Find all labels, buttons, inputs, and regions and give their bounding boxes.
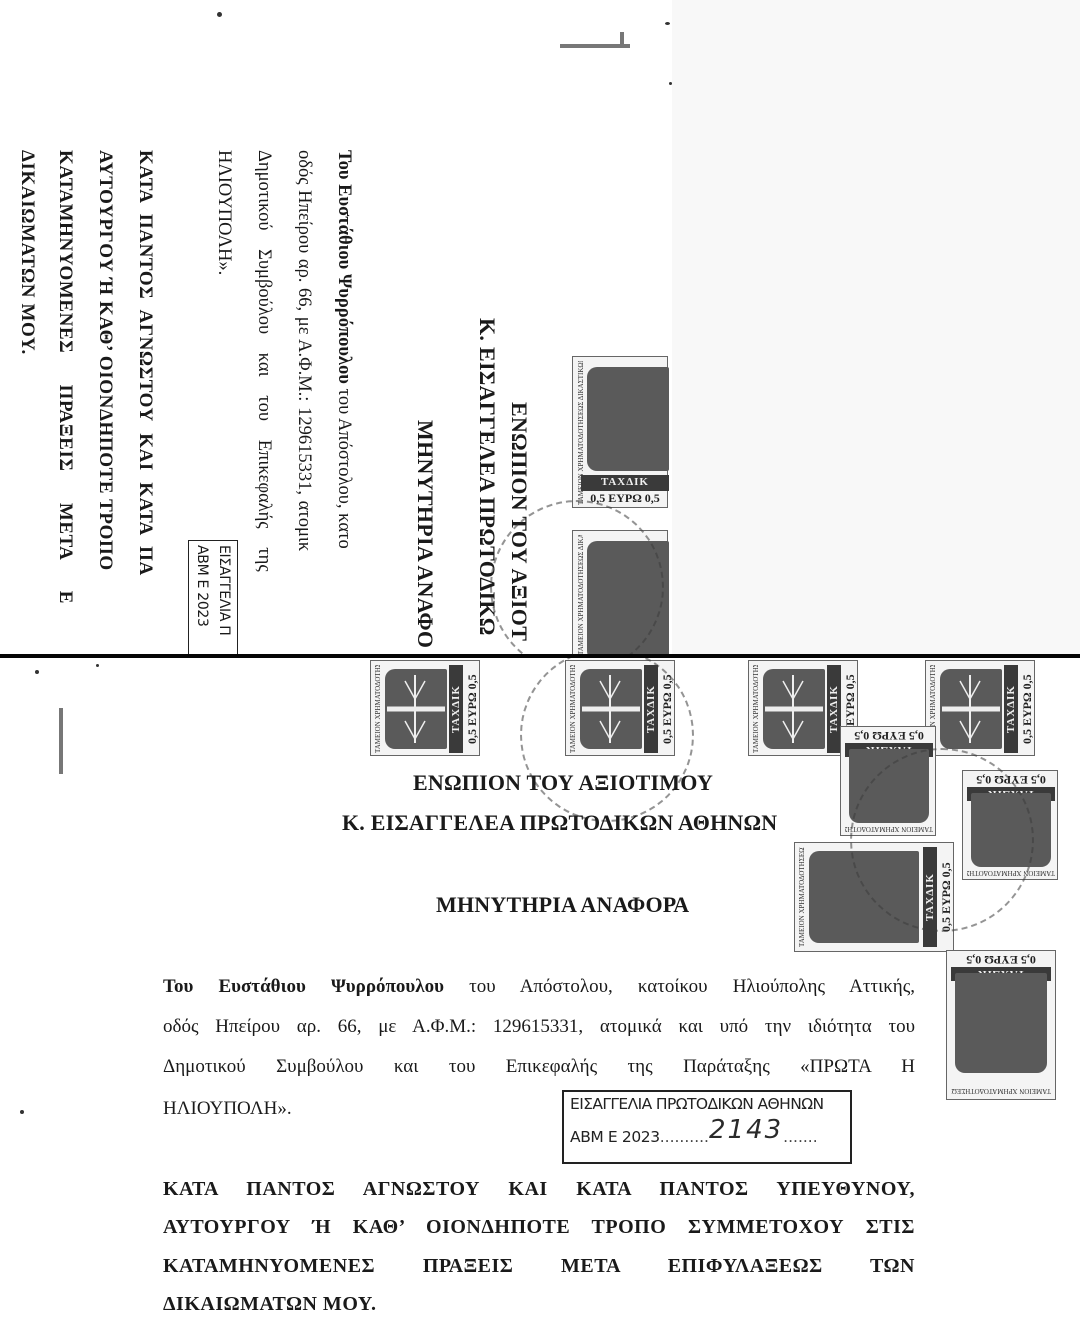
stamp-value: 0,5 ΕΥΡΩ 0,5 [967, 773, 1055, 787]
rotated-addressee-line1: ΕΝΩΠΙΟΝ ΤΟΥ ΑΞΙΟΤ [506, 402, 532, 641]
addressee-line1: ΕΝΩΠΙΟΝ ΤΟΥ ΑΞΙΟΤΙΜΟΥ [413, 770, 713, 796]
scan-speck [20, 1110, 24, 1114]
addressee-line2: Κ. ΕΙΣΑΓΓΕΛΕΑ ΠΡΩΤΟΔΙΚΩΝ ΑΘΗΝΩΝ [342, 810, 777, 836]
registry-office: ΕΙΣΑΓΓΕΛΙΑ ΠΡΩΤΟΔΙΚΩΝ ΑΘΗΝΩΝ [564, 1092, 850, 1113]
scan-speck [96, 664, 99, 667]
registry-dots: .......... [660, 1128, 709, 1146]
revenue-stamp: ΤΑΜΕΙΟΝ ΧΡΗΜΑΤΟΔΟΤΗΣΕΩΣ ΔΙΚΑΣΤΙΚΩΝ ΚΤΙΡΙ… [565, 660, 675, 756]
stamp-side-text: ΤΑΜΕΙΟΝ ΧΡΗΜΑΤΟΔΟΤΗΣΕΩΣ ΔΙΚΑΣΤΙΚΩΝ ΚΤΙΡΙ… [567, 665, 579, 753]
rotated-registry-number: ΑΒΜ Ε 2023 [191, 545, 213, 655]
stamp-side-text: ΤΑΜΕΙΟΝ ΧΡΗΜΑΤΟΔΟΤΗΣΕΩΣ ΔΙΚΑΣΤΙΚΩΝ ΚΤΙΡΙ… [951, 1085, 1051, 1097]
stamp-value: 0,5 ΕΥΡΩ 0,5 [951, 953, 1051, 967]
stamp-side-text: ΤΑΜΕΙΟΝ ΧΡΗΜΑΤΟΔΟΤΗΣΕΩΣ ΔΙΚΑΣΤΙΚΩΝ ΚΤΙΡΙ… [372, 665, 384, 753]
registry-number-row: ΑΒΜ Ε 2023..........2143....... [564, 1113, 850, 1153]
stamp-scales-emblem [849, 749, 929, 823]
scan-speck [669, 82, 672, 85]
stamp-label: ΤΑΧΔΙΚ [449, 665, 463, 753]
stamp-side-text: ΤΑΜΕΙΟΝ ΧΡΗΜΑΤΟΔΟΤΗΣΕΩΣ ΔΙΚΑΣΤΙΚΩΝ ΚΤΙΡΙ… [575, 535, 587, 655]
rotated-against-line4: ΔΙΚΑΙΩΜΑΤΩΝ ΜΟΥ. [16, 150, 38, 355]
registry-handwritten-number: 2143 [709, 1115, 783, 1145]
rotated-registry-office: ΕΙΣΑΓΓΕΛΙΑ Π [213, 545, 235, 655]
scan-mark [620, 32, 624, 48]
revenue-stamp: ΤΑΜΕΙΟΝ ΧΡΗΜΑΤΟΔΟΤΗΣΕΩΣ ΔΙΚΑΣΤΙΚΩΝ ΚΤΙΡΙ… [370, 660, 480, 756]
stamp-value: 0,5 ΕΥΡΩ 0,5 [1020, 665, 1034, 753]
stamp-value: 0,5 ΕΥΡΩ 0,5 [465, 665, 479, 753]
revenue-stamp: ΤΑΜΕΙΟΝ ΧΡΗΜΑΤΟΔΟΤΗΣΕΩΣ ΔΙΚΑΣΤΙΚΩΝ ΚΤΙΡΙ… [572, 530, 668, 655]
registry-stamp: ΕΙΣΑΓΓΕΛΙΑ ΠΡΩΤΟΔΙΚΩΝ ΑΘΗΝΩΝ ΑΒΜ Ε 2023.… [562, 1090, 852, 1164]
scales-icon [763, 669, 825, 749]
document-title: ΜΗΝΥΤΗΡΙΑ ΑΝΑΦΟΡΑ [436, 892, 689, 918]
stamp-label: ΤΑΧΔΙΚ [1004, 665, 1018, 753]
rotated-against-line3: ΚΑΤΑΜΗΝΥΟΜΕΝΕΣ ΠΡΑΞΕΙΣ ΜΕΤΑ Ε [54, 150, 76, 604]
rotated-against-line2: ΑΥΤΟΥΡΓΟΥ Ή ΚΑΘ’ ΟΙΟΝΔΗΠΟΤΕ ΤΡΟΠΟ [94, 150, 116, 571]
body-text: του Απόστολου, κατοίκου Ηλιούπολης Αττικ… [444, 976, 915, 997]
scan-margin-gray [672, 0, 1080, 655]
revenue-stamp: ΤΑΜΕΙΟΝ ΧΡΗΜΑΤΟΔΟΤΗΣΕΩΣ ΔΙΚΑΣΤΙΚΩΝ ΚΤΙΡΙ… [572, 356, 668, 508]
upright-scan-view: ΤΑΜΕΙΟΝ ΧΡΗΜΑΤΟΔΟΤΗΣΕΩΣ ΔΙΚΑΣΤΙΚΩΝ ΚΤΙΡΙ… [0, 658, 1080, 1321]
revenue-stamp: 0,5 ΕΥΡΩ 0,5 ΤΑΧΔΙΚ ΤΑΜΕΙΟΝ ΧΡΗΜΑΤΟΔΟΤΗΣ… [840, 726, 936, 836]
rotated-body-line3: Δημοτικού Συμβούλου και του Επικεφαλής τ… [253, 150, 274, 572]
scan-speck [217, 12, 222, 17]
scales-icon [385, 669, 447, 749]
rotated-against-line1: ΚΑΤΑ ΠΑΝΤΟΣ ΑΓΝΩΣΤΟΥ ΚΑΙ ΚΑΤΑ ΠΑ [134, 150, 156, 576]
registry-prefix: ΑΒΜ Ε 2023 [570, 1128, 660, 1146]
against-line-1: ΚΑΤΑ ΠΑΝΤΟΣ ΑΓΝΩΣΤΟΥ ΚΑΙ ΚΑΤΑ ΠΑΝΤΟΣ ΥΠΕ… [163, 1178, 915, 1201]
stamp-label: ΤΑΧΔΙΚ [827, 665, 841, 753]
stamp-scales-emblem [587, 367, 669, 471]
scales-icon [940, 669, 1002, 749]
stamp-scales-emblem [587, 541, 669, 655]
stamp-scales-emblem [955, 973, 1047, 1073]
rotated-body-text: του Απόστολου, κατο [334, 384, 354, 549]
stamp-label: ΤΑΧΔΙΚ [581, 475, 669, 491]
against-line-4: ΔΙΚΑΙΩΜΑΤΩΝ ΜΟΥ. [163, 1293, 915, 1316]
complainant-name: Του Ευστάθιου Ψυρρόπουλου [163, 976, 444, 997]
scan-mark [59, 708, 63, 774]
scan-speck [35, 670, 39, 674]
stamp-side-text: ΤΑΜΕΙΟΝ ΧΡΗΜΑΤΟΔΟΤΗΣΕΩΣ ΔΙΚΑΣΤΙΚΩΝ ΚΤΙΡΙ… [750, 665, 762, 753]
rotated-body-line1: Του Ευστάθιου Ψυρρόπουλου του Απόστολου,… [333, 150, 354, 549]
stamp-scales-emblem [971, 793, 1051, 867]
revenue-stamp: 0,5 ΕΥΡΩ 0,5 ΤΑΧΔΙΚ ΤΑΜΕΙΟΝ ΧΡΗΜΑΤΟΔΟΤΗΣ… [962, 770, 1058, 880]
against-line-2: ΑΥΤΟΥΡΓΟΥ Ή ΚΑΘ’ ΟΙΟΝΔΗΠΟΤΕ ΤΡΟΠΟ ΣΥΜΜΕΤ… [163, 1216, 915, 1239]
stamp-side-text: ΤΑΜΕΙΟΝ ΧΡΗΜΑΤΟΔΟΤΗΣΕΩΣ ΔΙΚΑΣΤΙΚΩΝ ΚΤΙΡΙ… [796, 847, 808, 947]
revenue-stamp: 0,5 ΕΥΡΩ 0,5 ΤΑΧΔΙΚ ΤΑΜΕΙΟΝ ΧΡΗΜΑΤΟΔΟΤΗΣ… [946, 950, 1056, 1100]
rotated-addressee-line2: Κ. ΕΙΣΑΓΓΕΛΕΑ ΠΡΩΤΟΔΙΚΩ [474, 318, 500, 636]
stamp-value: 0,5 ΕΥΡΩ 0,5 [845, 729, 933, 743]
registry-dots: ....... [783, 1128, 818, 1146]
stamp-side-text: ΤΑΜΕΙΟΝ ΧΡΗΜΑΤΟΔΟΤΗΣΕΩΣ ΔΙΚΑΣΤΙΚΩΝ ΚΤΙΡΙ… [845, 823, 933, 835]
stamp-side-text: ΤΑΜΕΙΟΝ ΧΡΗΜΑΤΟΔΟΤΗΣΕΩΣ ΔΙΚΑΣΤΙΚΩΝ ΚΤΙΡΙ… [967, 867, 1055, 879]
rotated-body-line2: οδός Ηπείρου αρ. 66, με Α.Φ.Μ.: 12961533… [293, 150, 314, 551]
body-line-3: Δημοτικού Συμβούλου και του Επικεφαλής τ… [163, 1056, 915, 1078]
scales-icon [580, 669, 642, 749]
stamp-value: 0,5 ΕΥΡΩ 0,5 [581, 491, 669, 507]
stamp-label: ΤΑΧΔΙΚ [923, 847, 937, 947]
body-line-1: Του Ευστάθιου Ψυρρόπουλου του Απόστολου,… [163, 976, 915, 998]
revenue-stamp: ΤΑΜΕΙΟΝ ΧΡΗΜΑΤΟΔΟΤΗΣΕΩΣ ΔΙΚΑΣΤΙΚΩΝ ΚΤΙΡΙ… [794, 842, 954, 952]
stamp-scales-emblem [809, 851, 919, 943]
stamp-value: 0,5 ΕΥΡΩ 0,5 [660, 665, 674, 753]
stamp-value: 0,5 ΕΥΡΩ 0,5 [939, 847, 953, 947]
rotated-complainant-name: Του Ευστάθιου Ψυρρόπουλου [334, 150, 354, 384]
rotated-title: ΜΗΝΥΤΗΡΙΑ ΑΝΑΦΟ [412, 420, 438, 648]
rotated-registry-stamp: ΕΙΣΑΓΓΕΛΙΑ Π ΑΒΜ Ε 2023 [188, 540, 238, 655]
scan-speck [665, 22, 670, 25]
body-line-2: οδός Ηπείρου αρ. 66, με Α.Φ.Μ.: 12961533… [163, 1016, 915, 1038]
stamp-label: ΤΑΧΔΙΚ [644, 665, 658, 753]
rotated-scan-view: ΕΝΩΠΙΟΝ ΤΟΥ ΑΞΙΟΤ Κ. ΕΙΣΑΓΓΕΛΕΑ ΠΡΩΤΟΔΙΚ… [0, 0, 1080, 655]
revenue-stamp: ΤΑΜΕΙΟΝ ΧΡΗΜΑΤΟΔΟΤΗΣΕΩΣ ΔΙΚΑΣΤΙΚΩΝ ΚΤΙΡΙ… [925, 660, 1035, 756]
rotated-body-line4: ΗΛΙΟΥΠΟΛΗ». [213, 150, 234, 275]
against-line-3: ΚΑΤΑΜΗΝΥΟΜΕΝΕΣ ΠΡΑΞΕΙΣ ΜΕΤΑ ΕΠΙΦΥΛΑΞΕΩΣ … [163, 1255, 915, 1278]
